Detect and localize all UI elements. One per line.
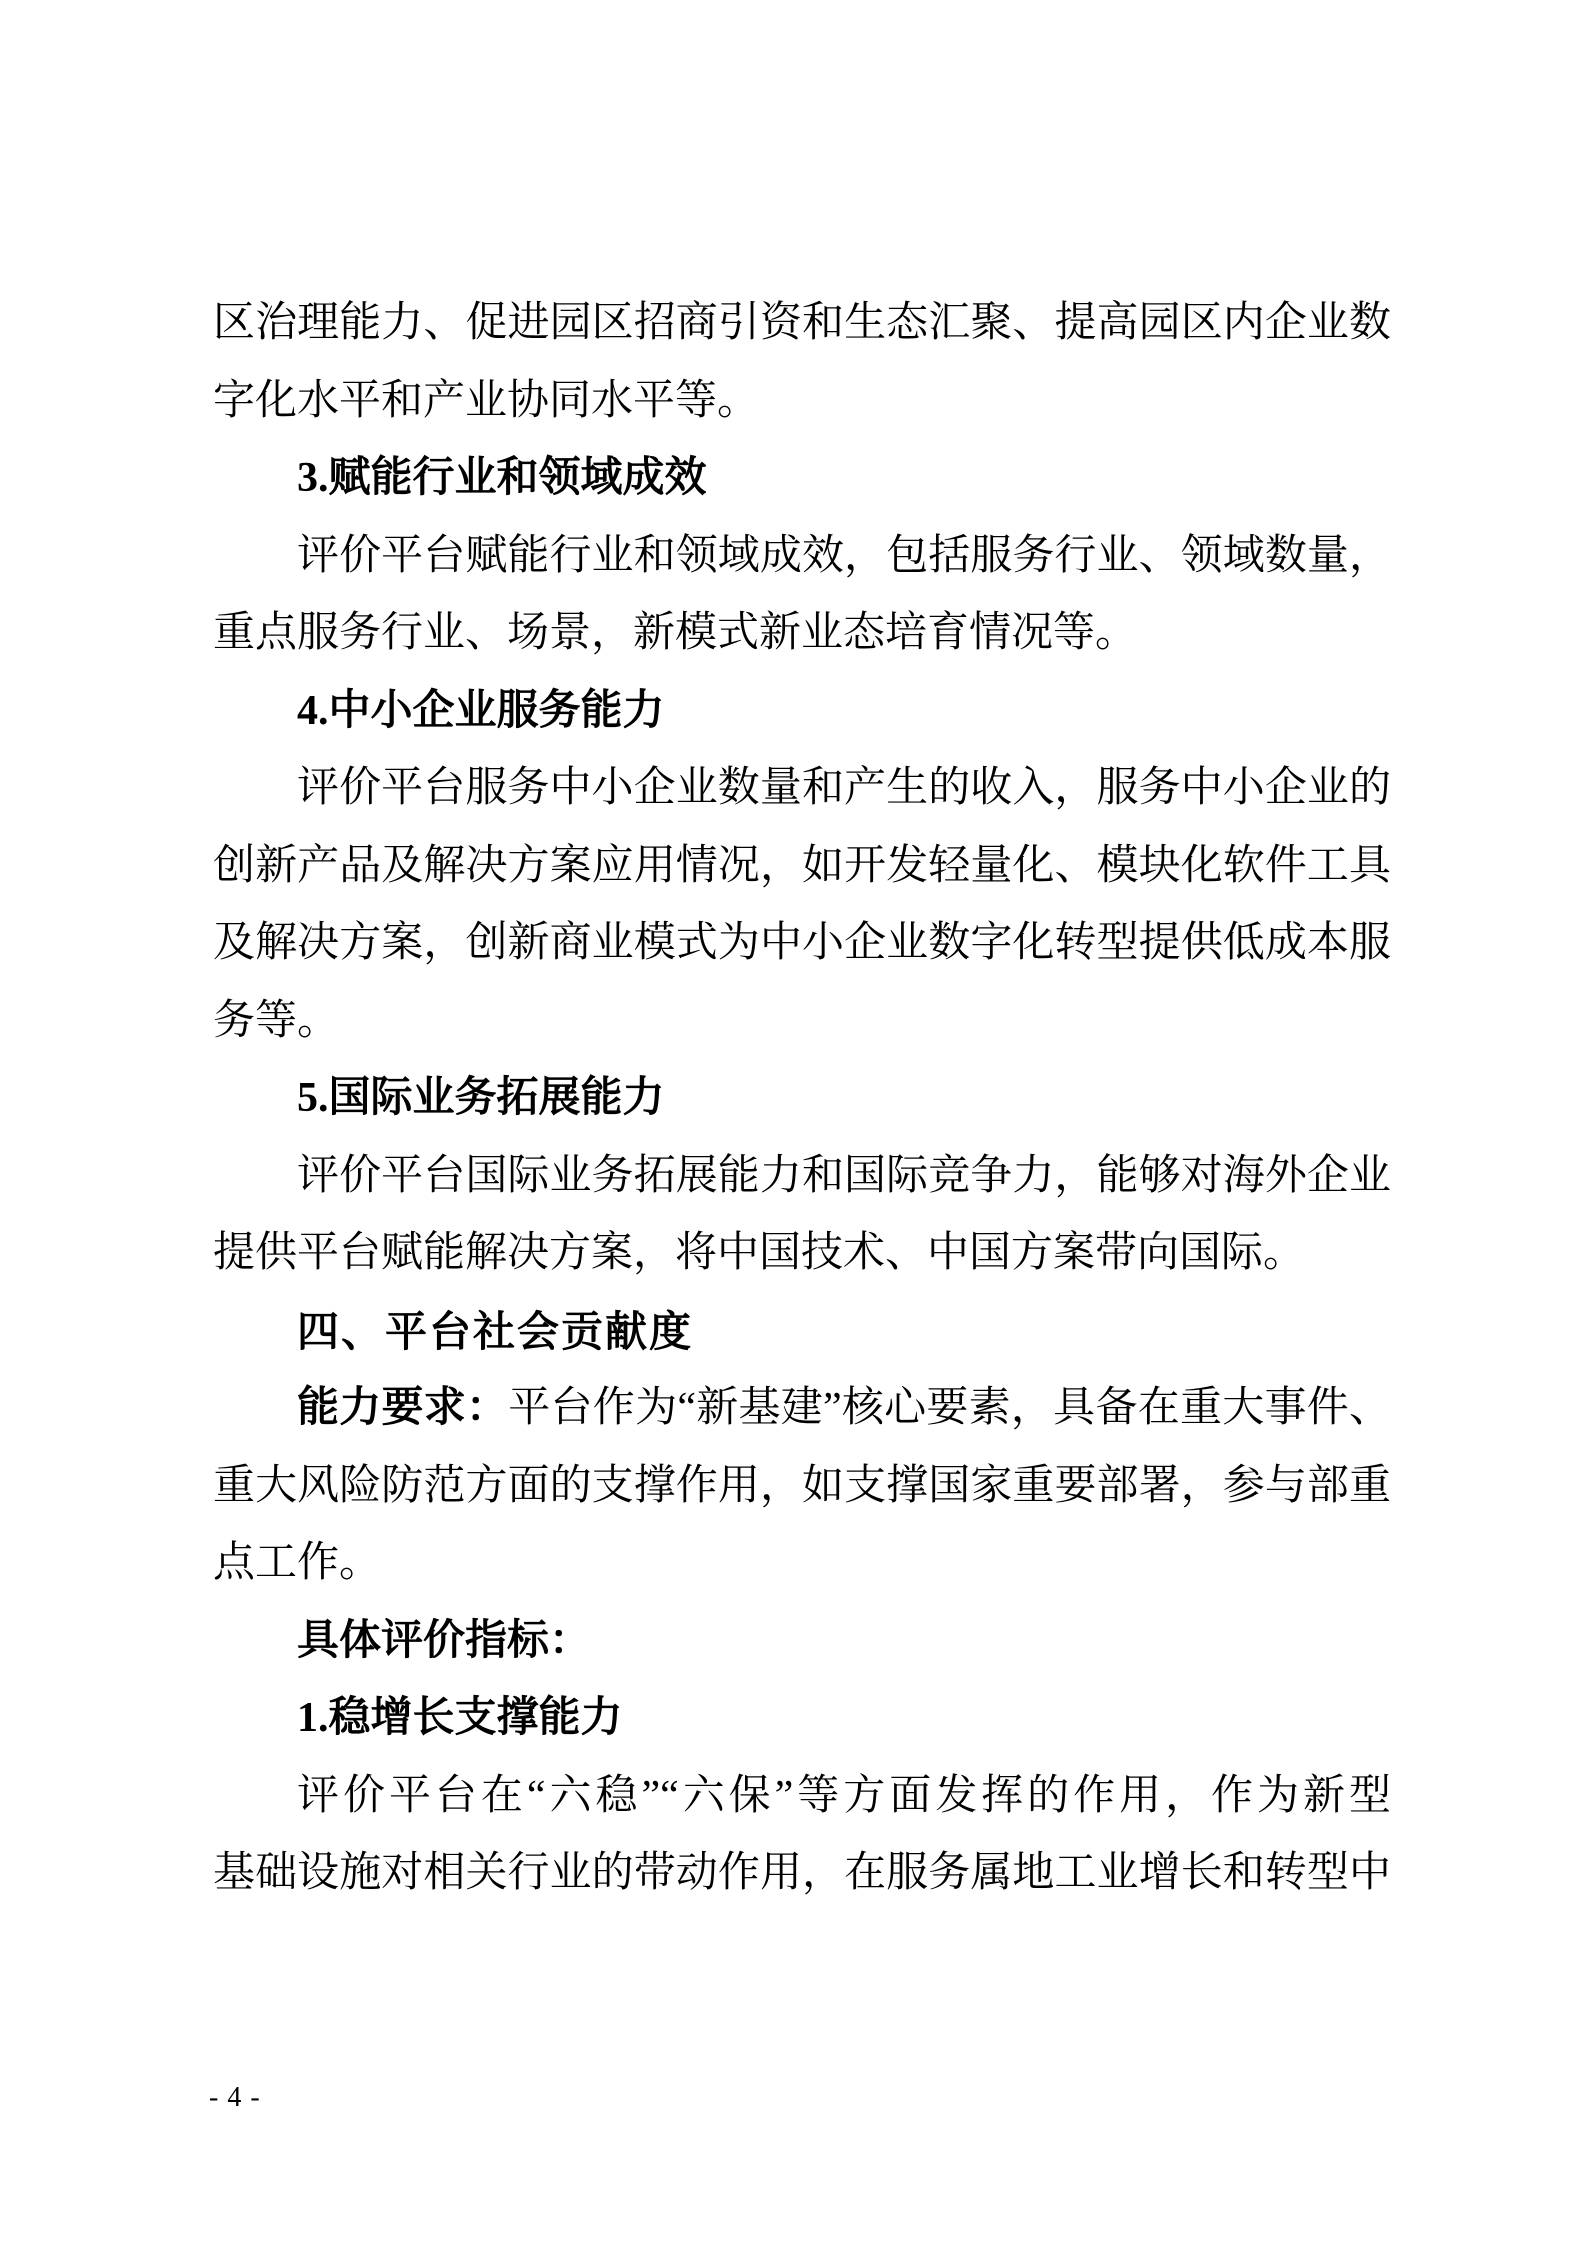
body-line: 能力要求：平台作为“新基建”核心要素，具备在重大事件、 <box>213 1370 1391 1448</box>
heading-5: 5.国际业务拓展能力 <box>213 1060 1391 1138</box>
section-heading-four: 四、平台社会贡献度 <box>213 1293 1391 1371</box>
page-number: - 4 - <box>209 2082 261 2114</box>
body-line: 字化水平和产业协同水平等。 <box>213 363 1391 441</box>
body-line: 评价平台国际业务拓展能力和国际竞争力，能够对海外企业 <box>213 1138 1391 1216</box>
body-line: 重大风险防范方面的支撑作用，如支撑国家重要部署，参与部重 <box>213 1448 1391 1526</box>
body-line: 及解决方案，创新商业模式为中小企业数字化转型提供低成本服 <box>213 905 1391 983</box>
document-page: 区治理能力、促进园区招商引资和生态汇聚、提高园区内企业数 字化水平和产业协同水平… <box>0 0 1587 2245</box>
body-line: 区治理能力、促进园区招商引资和生态汇聚、提高园区内企业数 <box>213 285 1391 363</box>
text-body: 区治理能力、促进园区招商引资和生态汇聚、提高园区内企业数 字化水平和产业协同水平… <box>213 285 1391 1913</box>
body-run: 平台作为“新基建”核心要素，具备在重大事件、 <box>508 1385 1391 1431</box>
body-line: 评价平台服务中小企业数量和产生的收入，服务中小企业的 <box>213 750 1391 828</box>
heading-4: 4.中小企业服务能力 <box>213 673 1391 751</box>
heading-specific-indicators: 具体评价指标： <box>213 1603 1391 1681</box>
body-line: 重点服务行业、场景，新模式新业态培育情况等。 <box>213 595 1391 673</box>
body-line: 点工作。 <box>213 1525 1391 1603</box>
body-line: 提供平台赋能解决方案，将中国技术、中国方案带向国际。 <box>213 1215 1391 1293</box>
body-line: 评价平台赋能行业和领域成效，包括服务行业、领域数量， <box>213 518 1391 596</box>
heading-1: 1.稳增长支撑能力 <box>213 1680 1391 1758</box>
body-line: 务等。 <box>213 983 1391 1061</box>
body-line: 评价平台在“六稳”“六保”等方面发挥的作用，作为新型 <box>213 1758 1391 1836</box>
body-line: 创新产品及解决方案应用情况，如开发轻量化、模块化软件工具 <box>213 828 1391 906</box>
body-line: 基础设施对相关行业的带动作用，在服务属地工业增长和转型中 <box>213 1835 1391 1913</box>
bold-run-capability-requirement: 能力要求： <box>297 1385 508 1431</box>
heading-3: 3.赋能行业和领域成效 <box>213 440 1391 518</box>
